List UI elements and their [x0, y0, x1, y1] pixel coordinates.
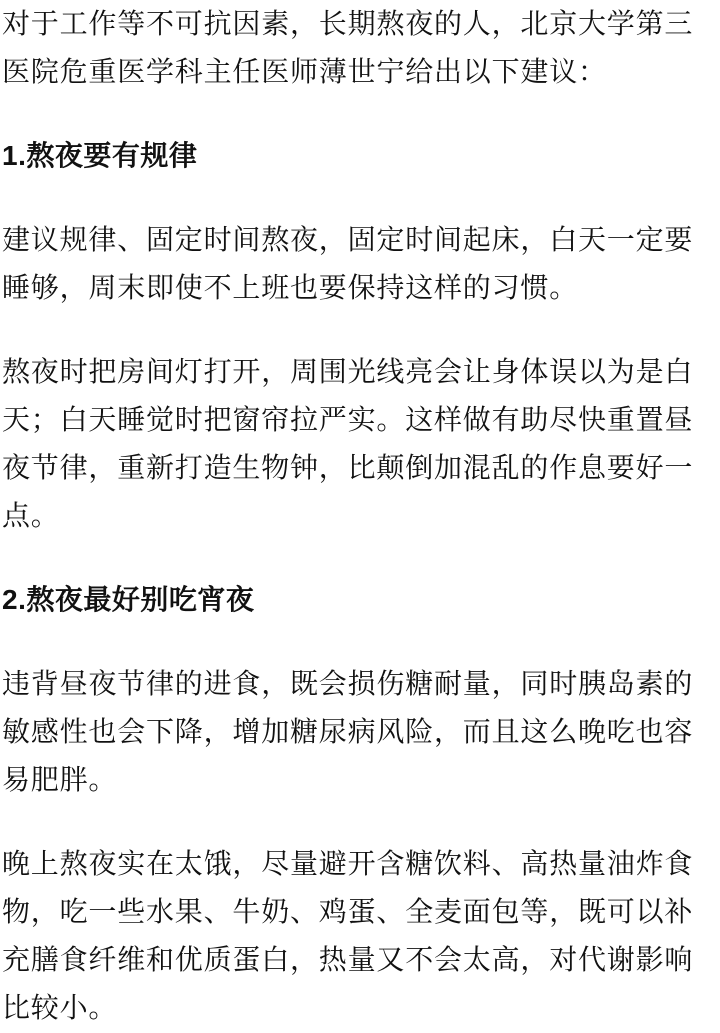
section-2-paragraph-2: 晚上熬夜实在太饿，尽量避开含糖饮料、高热量油炸食物，吃一些水果、牛奶、鸡蛋、全麦… [2, 840, 718, 1032]
article-page: 对于工作等不可抗因素，长期熬夜的人，北京大学第三医院危重医学科主任医师薄世宁给出… [0, 0, 720, 1033]
section-2-heading: 2.熬夜最好别吃宵夜 [2, 576, 718, 624]
section-1-heading: 1.熬夜要有规律 [2, 132, 718, 180]
section-2-paragraph-1: 违背昼夜节律的进食，既会损伤糖耐量，同时胰岛素的敏感性也会下降，增加糖尿病风险，… [2, 660, 718, 804]
section-1-paragraph-2: 熬夜时把房间灯打开，周围光线亮会让身体误以为是白天；白天睡觉时把窗帘拉严实。这样… [2, 348, 718, 540]
section-1-paragraph-1: 建议规律、固定时间熬夜，固定时间起床，白天一定要睡够，周末即使不上班也要保持这样… [2, 216, 718, 312]
intro-paragraph: 对于工作等不可抗因素，长期熬夜的人，北京大学第三医院危重医学科主任医师薄世宁给出… [2, 0, 718, 96]
